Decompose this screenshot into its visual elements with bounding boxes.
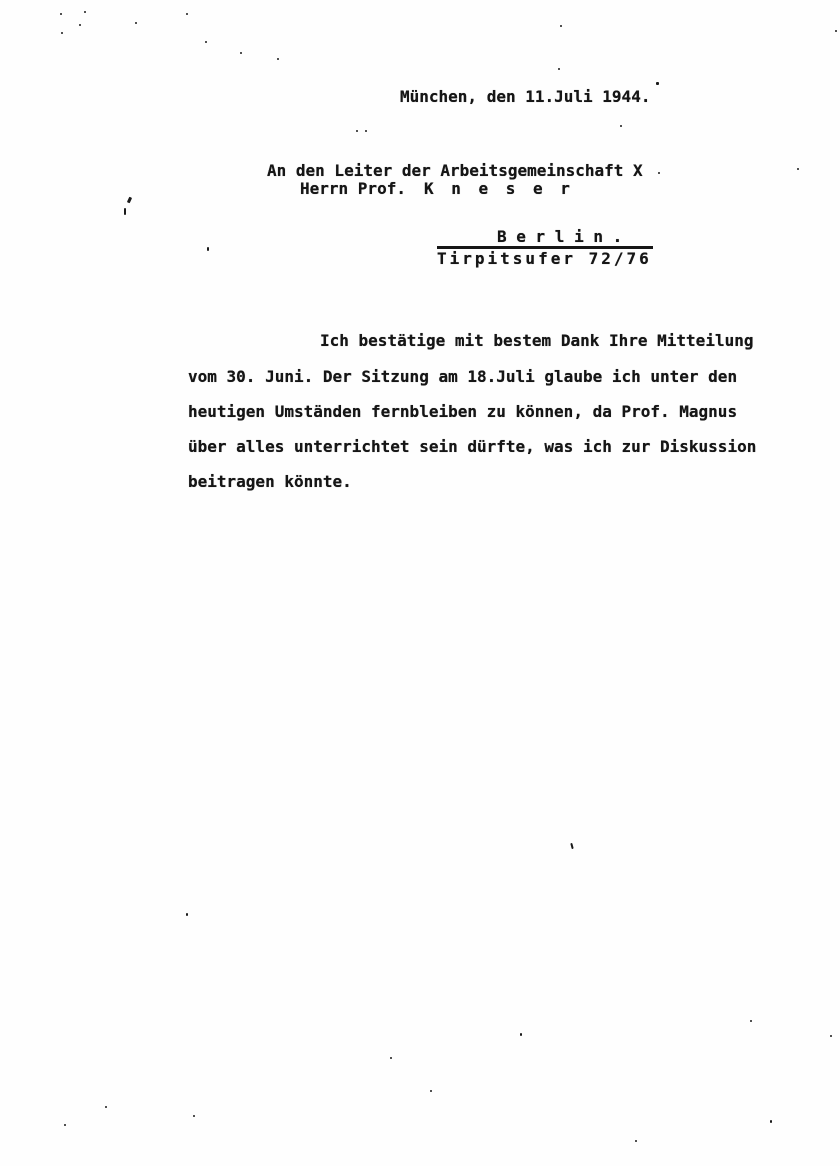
scan-speckle	[205, 41, 207, 43]
scan-speckle	[186, 913, 188, 916]
recipient-line-1: An den Leiter der Arbeitsgemeinschaft X	[267, 162, 643, 180]
body-line-3: heutigen Umständen fernbleiben zu können…	[188, 403, 737, 421]
scan-speckle	[390, 1057, 392, 1059]
scan-speckle	[207, 247, 209, 251]
scan-speckle	[558, 68, 560, 70]
scan-speckle	[124, 208, 126, 215]
scan-speckle	[79, 24, 81, 26]
body-line-1: Ich bestätige mit bestem Dank Ihre Mitte…	[320, 332, 753, 350]
scan-speckle	[656, 82, 659, 85]
body-line-5: beitragen könnte.	[188, 473, 352, 491]
scan-speckle	[520, 1033, 522, 1036]
scan-speckle	[658, 172, 660, 174]
recipient-prefix: Herrn Prof.	[300, 179, 406, 198]
recipient-city: B e r l i n .	[497, 228, 622, 246]
scan-speckle	[797, 168, 799, 170]
scan-speckle	[620, 125, 622, 127]
scan-speckle	[830, 1035, 832, 1037]
scan-speckle	[277, 58, 279, 60]
scan-speckle	[770, 1120, 772, 1123]
scan-speckle	[193, 1115, 195, 1117]
scan-speckle	[750, 1020, 752, 1022]
recipient-street: Tirpitsufer 72/76	[437, 250, 652, 268]
scan-speckle	[560, 25, 562, 27]
scan-speckle	[61, 32, 63, 34]
scan-speckle	[356, 130, 358, 132]
scan-speckle	[60, 13, 62, 15]
scan-speckle	[64, 1124, 66, 1126]
recipient-line-2: Herrn Prof.K n e s e r	[300, 180, 574, 198]
body-line-2: vom 30. Juni. Der Sitzung am 18.Juli gla…	[188, 368, 737, 386]
scan-speckle	[84, 11, 86, 13]
scan-speckle	[105, 1106, 107, 1108]
scan-speckle	[240, 52, 242, 54]
body-line-4: über alles unterrichtet sein dürfte, was…	[188, 438, 756, 456]
scanned-letter-page: München, den 11.Juli 1944. An den Leiter…	[0, 0, 840, 1166]
scan-speckle	[135, 22, 137, 24]
letter-dateline: München, den 11.Juli 1944.	[400, 88, 650, 106]
scan-speckle	[430, 1090, 432, 1092]
scan-speckle	[365, 130, 367, 132]
scan-speckle	[635, 1140, 637, 1142]
scan-speckle	[186, 13, 188, 15]
scan-speckle	[127, 197, 132, 204]
recipient-name: K n e s e r	[424, 179, 574, 198]
scan-speckle	[835, 30, 837, 32]
scan-speckle	[570, 843, 573, 849]
